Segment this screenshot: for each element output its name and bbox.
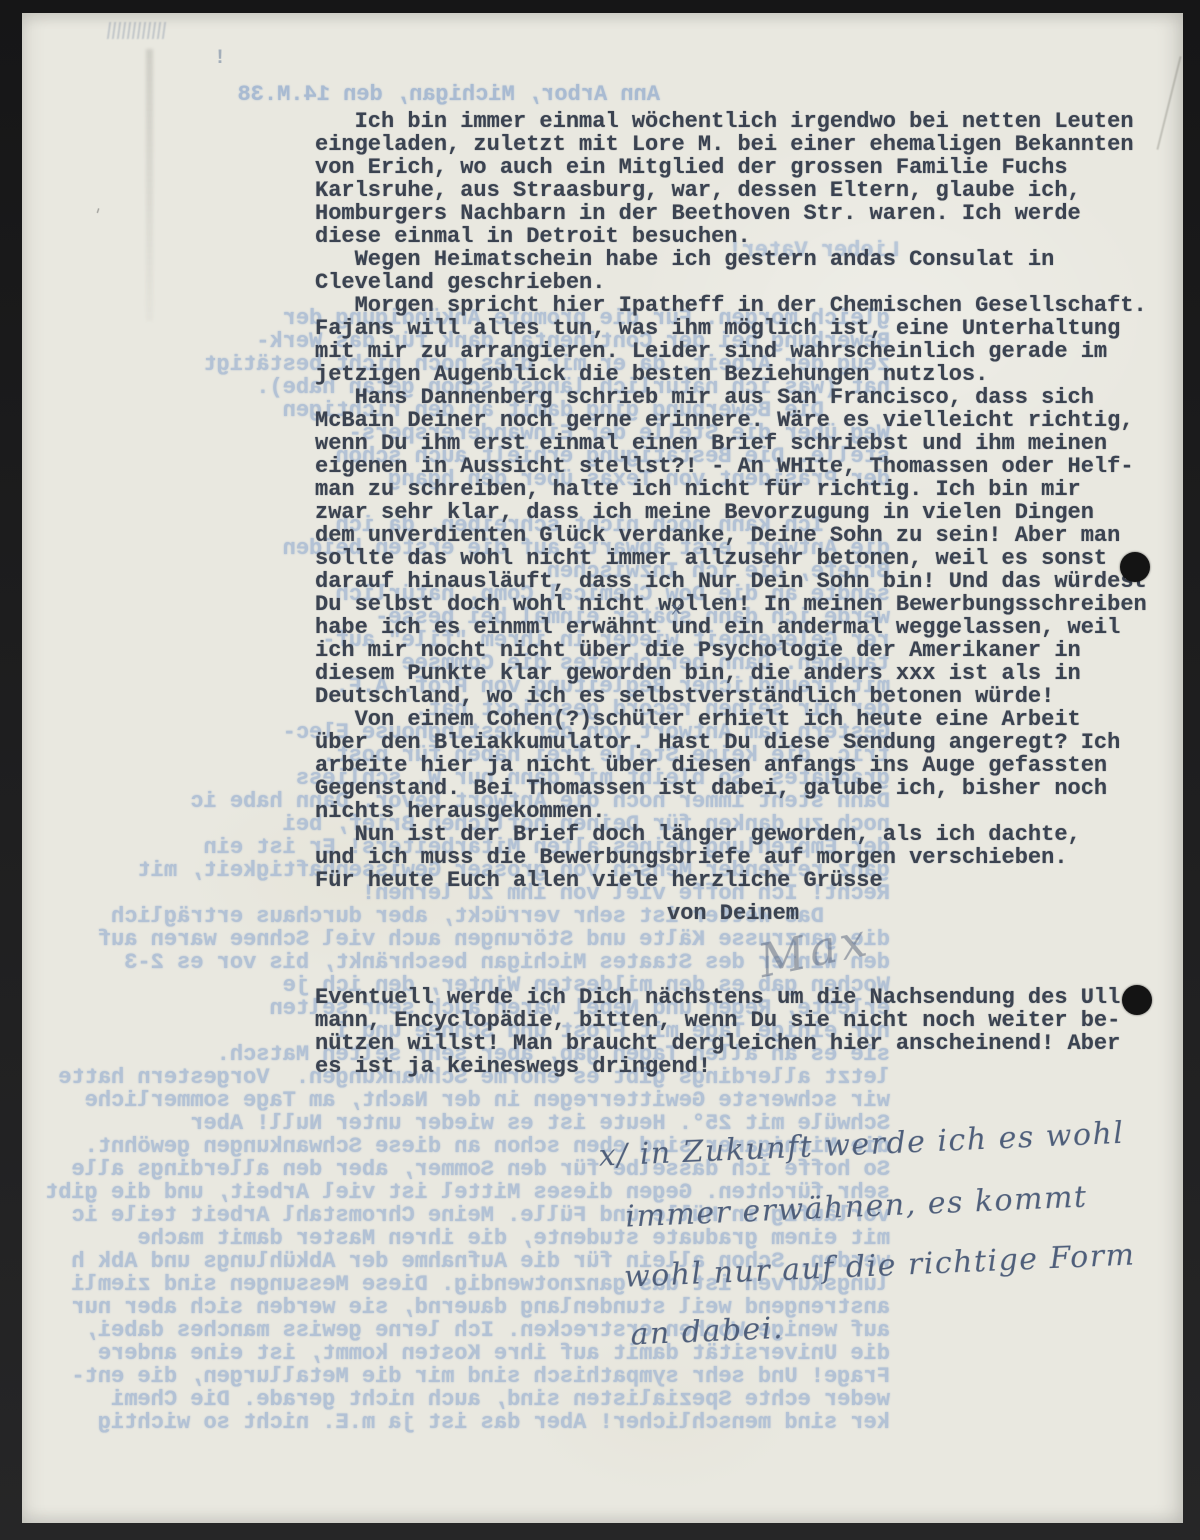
annotation-line: immer erwähnen, es kommt xyxy=(625,1179,1089,1234)
paper-streak-stain xyxy=(146,49,153,321)
handwritten-caret-mark: x xyxy=(670,597,683,620)
hole-punch xyxy=(1122,985,1152,1015)
handwritten-annotation: x/ in Zukunft werde ich es wohl immer er… xyxy=(592,1115,1161,1369)
annotation-line: an dabei. xyxy=(630,1311,785,1353)
bleedthrough-date-line: Ann Arbor, Michigan, den 14.M.38 xyxy=(238,83,660,106)
hole-punch xyxy=(1120,552,1150,582)
annotation-line: wohl nur auf die richtige Form xyxy=(623,1237,1136,1294)
letter-postscript: Eventuell werde ich Dich nächstens um di… xyxy=(315,986,1134,1078)
letter-page: Ann Arbor, Michigan, den 14.M.38 Lieber … xyxy=(22,13,1183,1523)
scanned-letter-photo: { "page": { "frame_color": "#1b1b1c", "p… xyxy=(0,0,1200,1540)
hatched-stamp-mark xyxy=(107,22,167,39)
letter-body: Ich bin immer einmal wöchentlich irgendw… xyxy=(315,110,1147,892)
letter-closing: von Deinem xyxy=(667,902,799,925)
ink-smudge: ! xyxy=(214,47,226,70)
